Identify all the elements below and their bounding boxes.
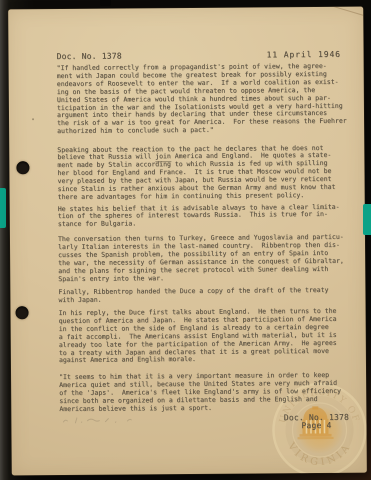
pencil-marks (57, 412, 142, 427)
paragraph-spheres-of-interest: He states his belief that it is advisabl… (58, 203, 340, 229)
scanner-tab-left (0, 188, 6, 228)
scanned-document-page: UNIVERSITY OF VIRGINIA Doc. No. 1378 11 … (0, 0, 371, 480)
paragraph-agreement-with-japan: "If handled correctly from a propagandis… (57, 63, 347, 136)
doc-date: 11 April 1946 (267, 49, 341, 59)
corner-crease (324, 7, 367, 18)
paragraph-conversation-turns: The conversation then turns to Turkey, G… (58, 234, 344, 284)
footer-page-number: Page 4 (256, 421, 366, 430)
footer-doc-ref: Doc. No. 1378 Page 4 (256, 413, 366, 430)
paragraph-keep-america-quiet: "It seems to him that it is a very impor… (59, 372, 341, 414)
top-edge-notch (100, 0, 111, 6)
punch-hole-top (16, 161, 29, 174)
paragraph-treaty-draft: Finally, Ribbentrop handed the Duce a co… (58, 287, 328, 305)
paper-speck (32, 118, 34, 120)
scanner-tab-right (363, 204, 371, 235)
paragraph-reaction-to-pact: Speaking about the reaction to the pact … (57, 144, 335, 202)
punch-hole-bottom (16, 306, 29, 319)
pencil-underline-join (155, 161, 171, 162)
doc-number: Doc. No. 1378 (57, 51, 122, 61)
document-paper: UNIVERSITY OF VIRGINIA Doc. No. 1378 11 … (8, 7, 367, 476)
paragraph-duce-reply: In his reply, the Duce first talks about… (59, 308, 337, 366)
